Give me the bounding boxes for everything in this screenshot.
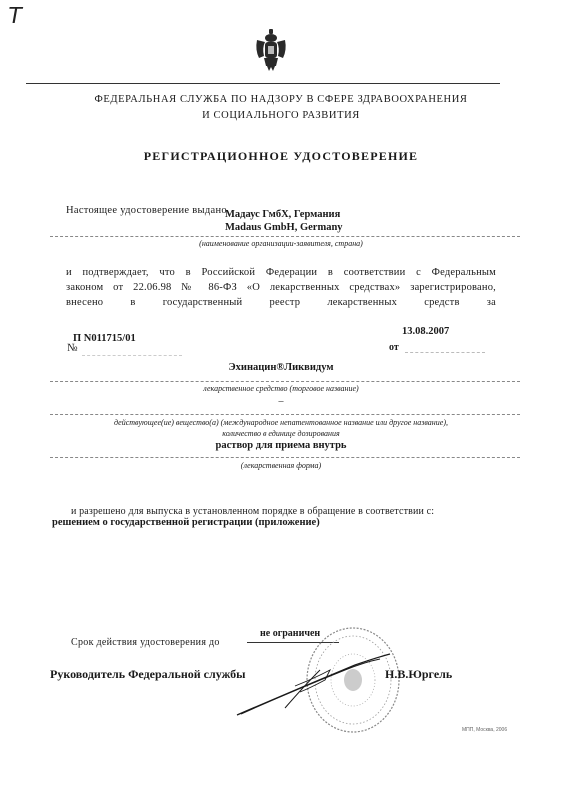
- decision-line: решением о государственной регистрации (…: [52, 517, 320, 528]
- dosage-form-caption: (лекарственная форма): [0, 461, 562, 470]
- active-substance-caption-2: количество в единице дозирования: [0, 429, 562, 438]
- trade-name-caption: лекарственное средство (торговое названи…: [0, 384, 562, 393]
- permission-line: и разрешено для выпуска в установленном …: [71, 506, 434, 517]
- applicant-name-ru: Мадаус ГмбХ, Германия: [225, 209, 340, 220]
- signatory-title: Руководитель Федеральной службы: [50, 667, 246, 682]
- signatory-name: Н.В.Юргель: [385, 667, 452, 682]
- coat-of-arms-icon: [254, 28, 288, 72]
- printer-mark: МПП, Москва, 2006: [462, 727, 507, 733]
- dosage-form: раствор для приема внутрь: [0, 440, 562, 451]
- number-label: №: [67, 342, 78, 354]
- validity-label: Срок действия удостоверения до: [71, 637, 220, 648]
- handwritten-signature-icon: [235, 640, 395, 720]
- confirmation-line-2: законом от 22.06.98 № 86-ФЗ «О лекарстве…: [66, 282, 496, 293]
- applicant-name-en: Madaus GmbH, Germany: [225, 222, 343, 233]
- document-title: РЕГИСТРАЦИОННОЕ УДОСТОВЕРЕНИЕ: [0, 149, 562, 164]
- active-substance-caption-1: действующее(ие) вещество(а) (международн…: [0, 418, 562, 427]
- applicant-caption: (наименование организации-заявителя, стр…: [0, 239, 562, 248]
- number-underline: [82, 355, 182, 356]
- issued-to-label: Настоящее удостоверение выдано: [66, 205, 227, 216]
- confirmation-line-1: и подтверждает, что в Российской Федерац…: [66, 267, 496, 278]
- agency-name-line-1: ФЕДЕРАЛЬНАЯ СЛУЖБА ПО НАДЗОРУ В СФЕРЕ ЗД…: [0, 91, 562, 108]
- trade-name: Эхинацин®Ликвидум: [0, 362, 562, 373]
- registration-number: П N011715/01: [73, 333, 136, 344]
- date-label: от: [389, 342, 399, 353]
- trade-name-underline: [50, 381, 520, 382]
- agency-name-line-2: И СОЦИАЛЬНОГО РАЗВИТИЯ: [0, 107, 562, 124]
- registration-date: 13.08.2007: [402, 326, 449, 337]
- handwritten-mark: Т: [6, 4, 24, 29]
- dosage-form-underline: [50, 457, 520, 458]
- date-underline: [405, 352, 485, 353]
- confirmation-line-3: внесено в государственный реестр лекарст…: [66, 297, 496, 308]
- active-substance: –: [0, 396, 562, 407]
- applicant-underline: [50, 236, 520, 237]
- header-divider: [26, 83, 500, 84]
- active-substance-underline: [50, 414, 520, 415]
